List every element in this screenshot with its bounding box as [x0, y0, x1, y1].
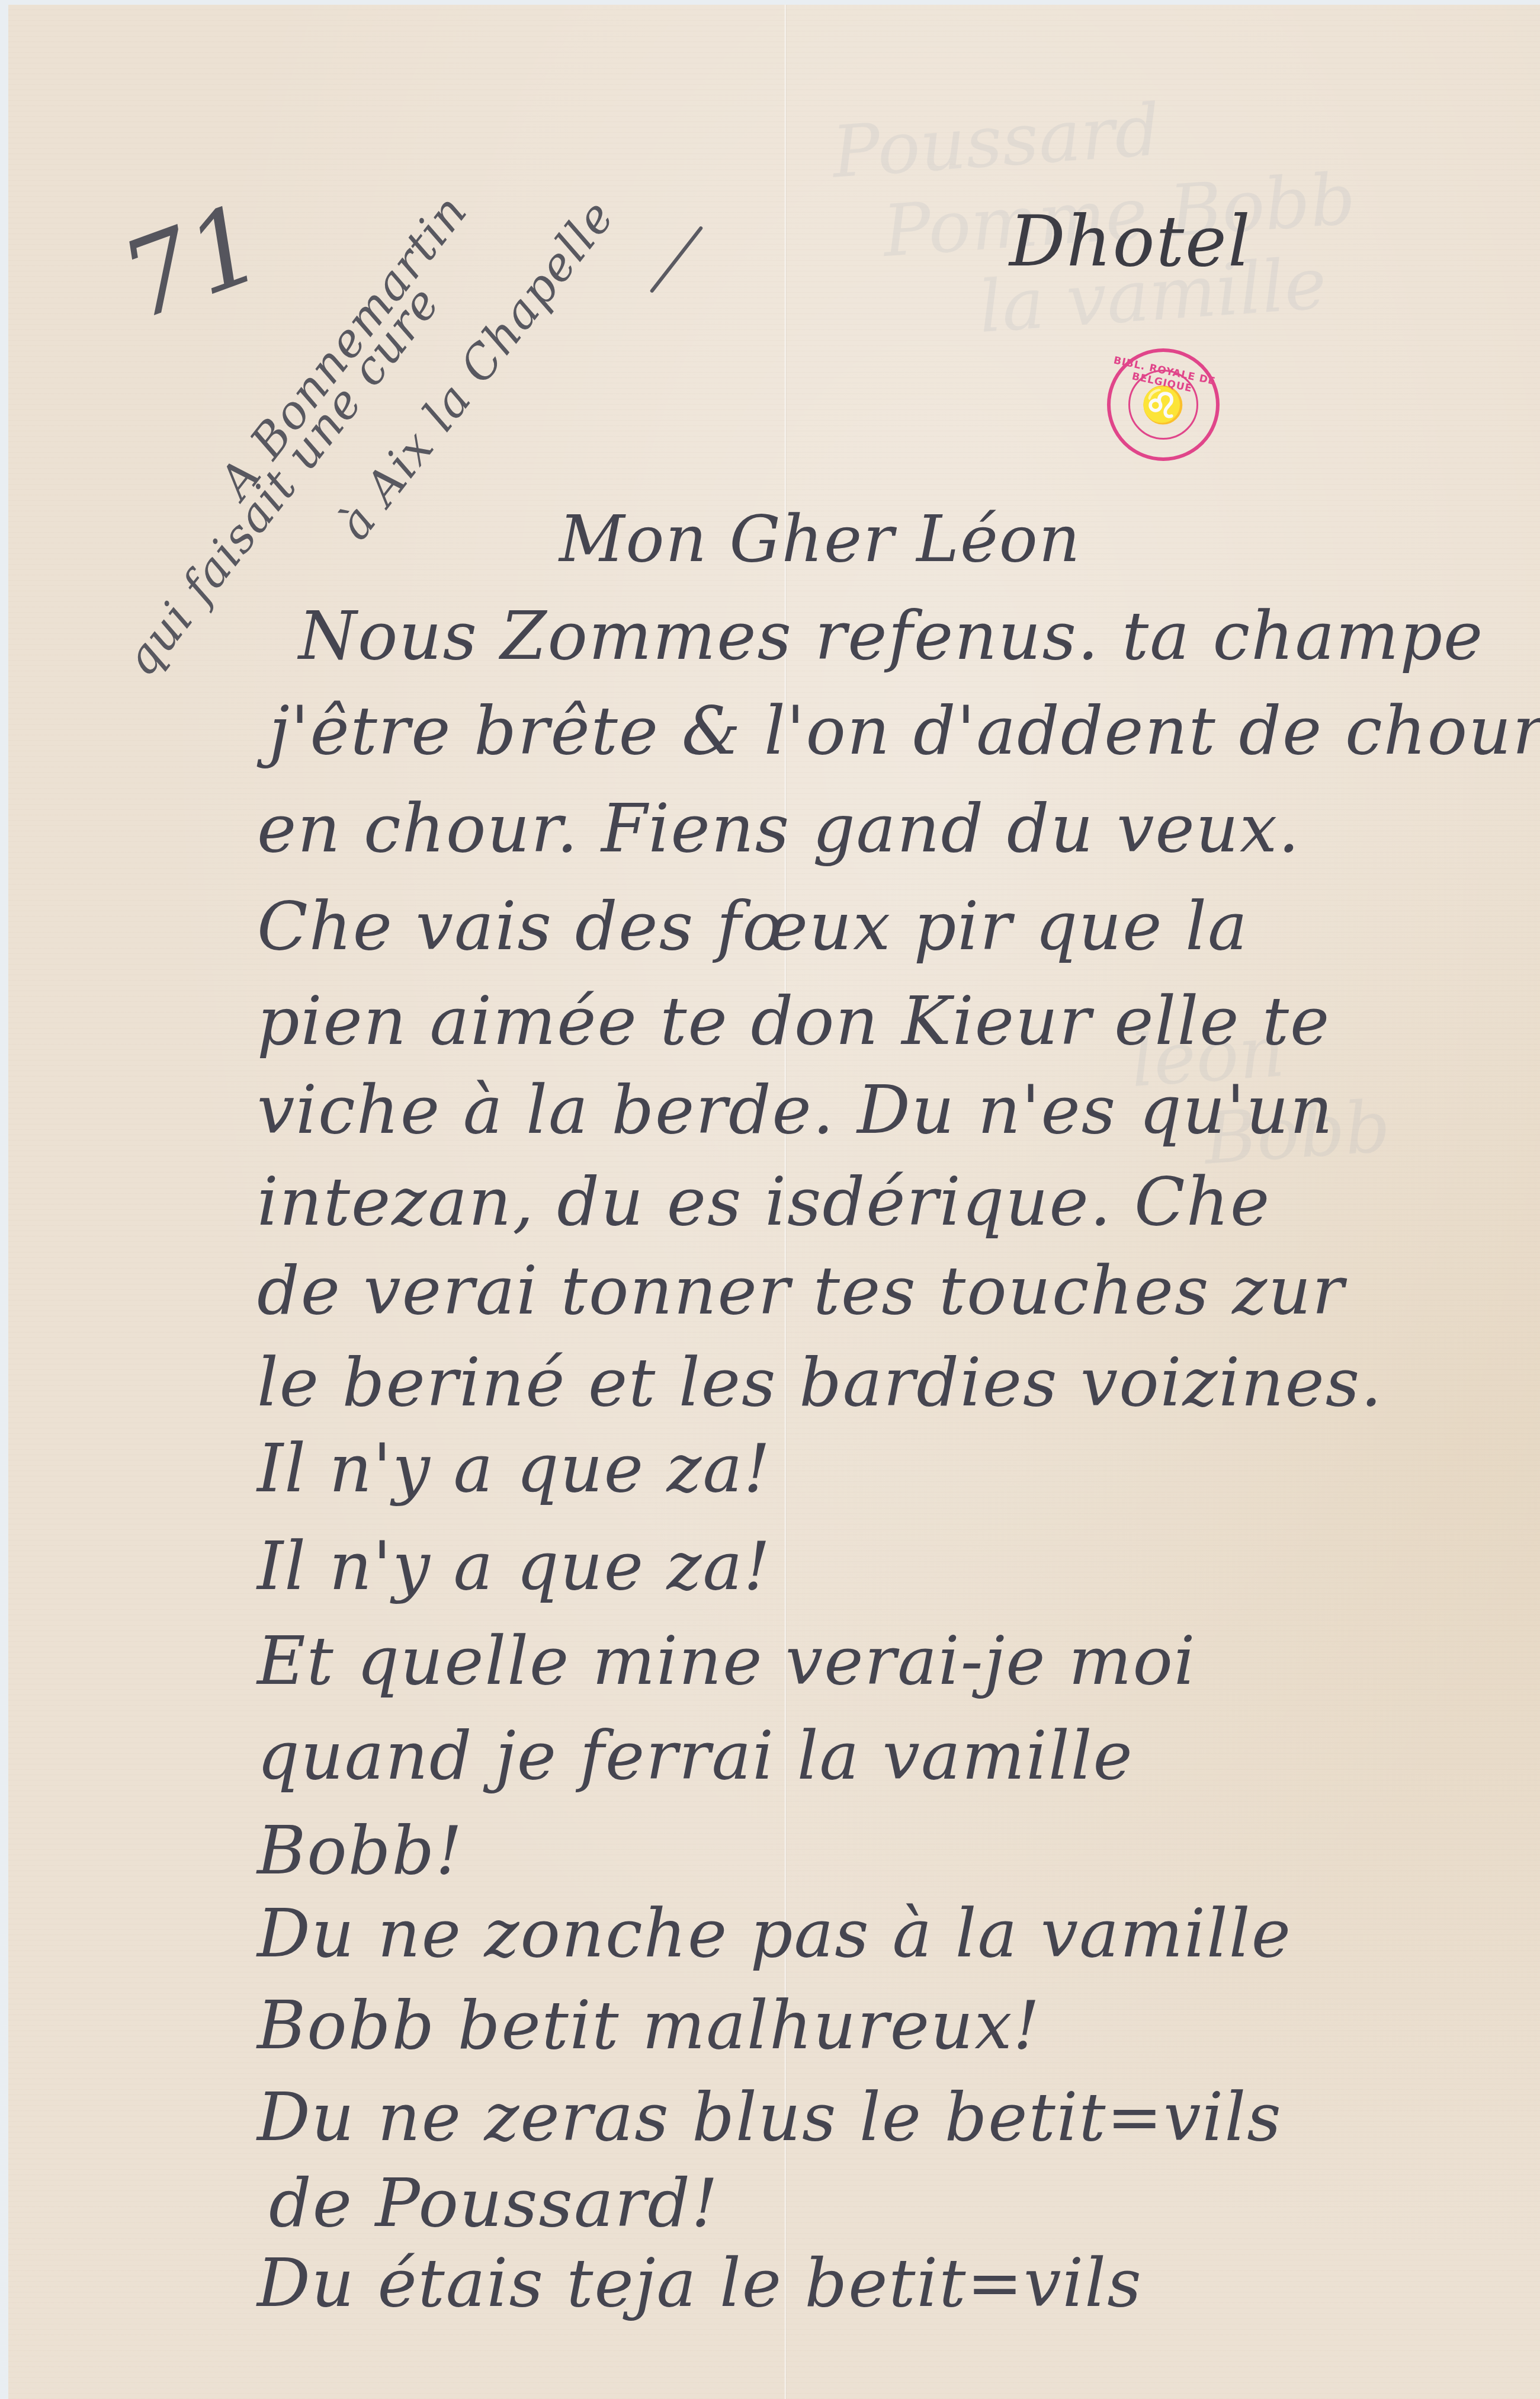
letter-line: Il n'y a que za!	[257, 1533, 771, 1600]
salutation: Mon Gher Léon	[559, 502, 1081, 576]
letter-line: en chour. Fiens gand du veux.	[257, 796, 1301, 862]
letter-line: viche à la berde. Du n'es qu'un	[257, 1077, 1334, 1144]
letter-line: Du ne zeras blus le betit=vils	[257, 2084, 1282, 2151]
pencil-slash-mark	[650, 226, 704, 293]
folio-number: 71	[107, 180, 278, 344]
letter-line: Bobb betit malhureux!	[257, 1993, 1041, 2059]
letter-sheet: Poussard Pomme Bobb la vamille leon Bobb…	[8, 5, 1540, 2399]
letter-line: Du étais teja le betit=vils	[257, 2250, 1143, 2317]
letter-line: de verai tonner tes touches zur	[257, 1258, 1345, 1324]
letter-line: quand je ferrai la vamille	[257, 1723, 1134, 1789]
letter-line: Et quelle mine verai-je moi	[257, 1628, 1196, 1695]
author-signature: Dhotel	[1009, 200, 1252, 282]
letter-line: Du ne zonche pas à la vamille	[257, 1901, 1292, 1967]
letter-line: Nous Zommes refenus. ta champe	[299, 603, 1484, 670]
library-stamp: BIBL. ROYALE DE BELGIQUE ♌	[1107, 348, 1220, 461]
letter-line: Il n'y a que za!	[257, 1436, 771, 1502]
letter-line: Che vais des fœux pir que la	[257, 893, 1249, 960]
letter-line: intezan, du es isdérique. Che	[257, 1169, 1270, 1235]
letter-line: pien aimée te don Kieur elle te	[257, 988, 1330, 1055]
letter-line: le beriné et les bardies voizines.	[257, 1350, 1383, 1416]
letter-line: Bobb!	[257, 1818, 463, 1884]
letter-line: de Poussard!	[269, 2170, 719, 2237]
letter-line: j'être brête & l'on d'addent de chour	[269, 698, 1540, 764]
